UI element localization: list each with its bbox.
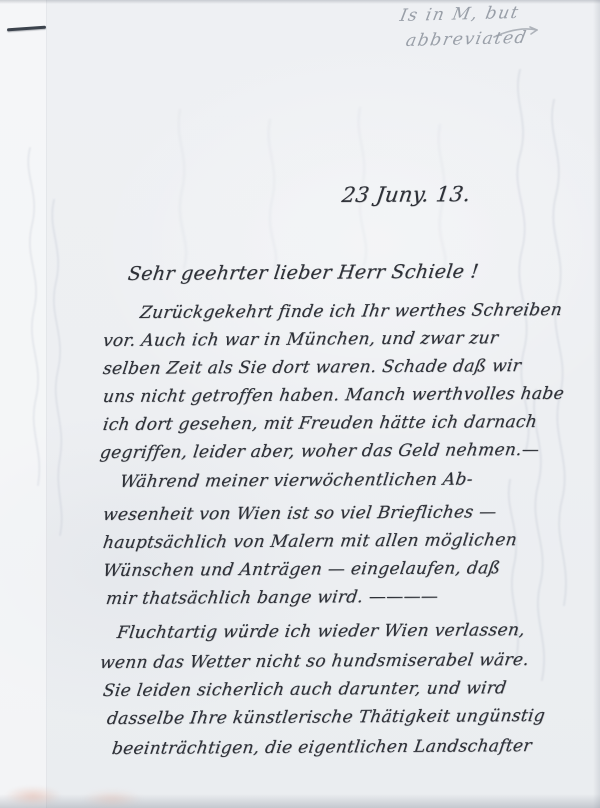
letter-line: Wünschen und Anträgen — eingelaufen, daß <box>101 556 501 583</box>
letter-salutation: Sehr geehrter lieber Herr Schiele ! <box>127 261 481 285</box>
pink-smudge-left <box>4 786 62 806</box>
letter-line: selben Zeit als Sie dort waren. Schade d… <box>101 354 522 381</box>
letter-line: ich dort gesehen, mit Freuden hätte ich … <box>101 410 538 437</box>
pink-smudge-right <box>82 790 142 807</box>
pencil-annotation-line-1: Is in M, but <box>398 3 521 26</box>
letter-line: wesenheit von Wien ist so viel Brieflich… <box>101 500 498 527</box>
bleed-through-left-margin <box>8 140 72 540</box>
letter-line: gegriffen, leider aber, woher das Geld n… <box>98 438 540 465</box>
letter-line: beeinträchtigen, die eigentlichen Landsc… <box>110 734 533 761</box>
letter-line: Während meiner vierwöchentlichen Ab- <box>118 468 474 494</box>
letter-line: uns nicht getroffen haben. Manch werthvo… <box>101 382 565 409</box>
page-edge-right <box>593 0 600 808</box>
letter-line: Fluchtartig würde ich wieder Wien verlas… <box>115 618 526 645</box>
letter-line: Zurückgekehrt finde ich Ihr werthes Schr… <box>138 298 563 325</box>
letter-line: Sie leiden sicherlich auch darunter, und… <box>101 676 508 703</box>
letter-line: vor. Auch ich war in München, und zwar z… <box>101 326 499 353</box>
letter-line: wenn das Wetter nicht so hundsmiserabel … <box>98 648 530 675</box>
letter-line: dasselbe Ihre künstlerische Thätigkeit u… <box>105 704 546 731</box>
letter-line: hauptsächlich von Malern mit allen mögli… <box>101 528 518 555</box>
letter-date: 23 Juny. 13. <box>340 182 472 207</box>
pencil-arrow-icon <box>492 24 544 40</box>
scanned-letter-page: Is in M, but abbreviated 23 Juny. 13. Se… <box>0 0 600 808</box>
letter-line: mir thatsächlich bange wird. ———— <box>104 585 439 611</box>
